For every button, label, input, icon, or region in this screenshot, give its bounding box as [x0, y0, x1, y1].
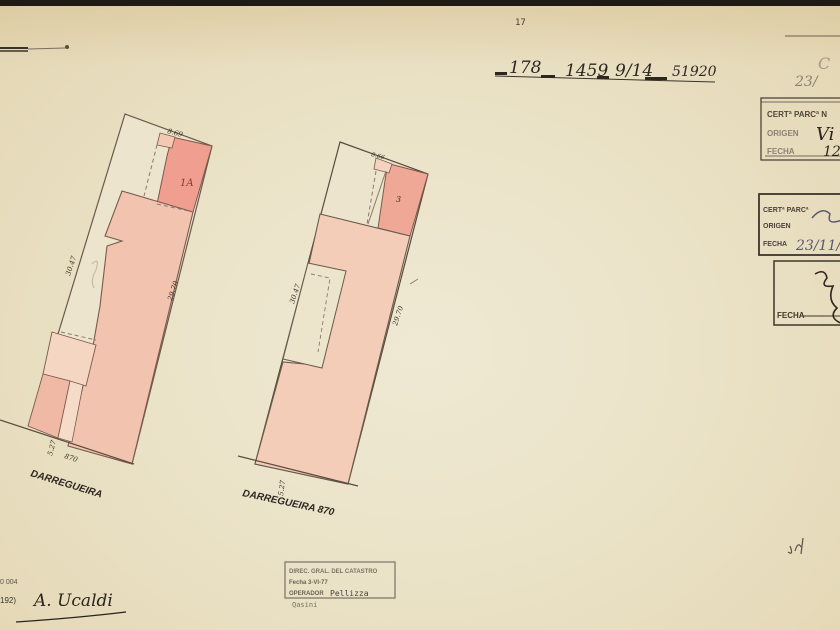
plan-right-street-dim: 5.27 — [277, 479, 287, 496]
header-field-3: 9/14 — [615, 61, 653, 81]
margin-code: 0 004 — [0, 579, 18, 586]
cert-parc-origin: Vi — [816, 124, 834, 145]
handwriting-stroke — [812, 211, 840, 222]
pencil-mark — [788, 538, 803, 554]
north-arrow-icon — [0, 45, 69, 51]
catastro-operator-name: Pellizza — [330, 589, 369, 598]
signature: A. Ucaldi — [32, 591, 113, 611]
plan-left-street-dim: 5.27 — [46, 439, 58, 457]
plan-right-street-name: DARREGUEIRA 870 — [241, 488, 335, 518]
cert-parc-line3: FECHA — [767, 147, 795, 156]
header-field-4: 51920 — [672, 64, 717, 80]
cert-parc-2-line2: ORIGEN — [763, 223, 791, 230]
cert-parc-2-line3: FECHA — [763, 241, 787, 248]
cert-parc-line2: ORIGEN — [767, 129, 799, 138]
catastro-line3: OPERADOR — [289, 591, 324, 597]
catastro-line1: DIREC. GRAL. DEL CATASTRO — [289, 569, 378, 575]
plan-left-street-name: DARREGUEIRA — [29, 468, 103, 500]
catastro-line2: Fecha 3-VI-77 — [289, 580, 328, 586]
plan-left-street-number: 870 — [63, 452, 79, 464]
scanned-document-page: 17 — [0, 6, 840, 630]
fecha-stamp-label: FECHA — [777, 311, 805, 320]
cert-parc-date: 12 — [823, 144, 840, 160]
plan-left — [0, 114, 212, 464]
signature-underline — [16, 612, 126, 622]
catastro-below-note: Qasini — [292, 601, 317, 609]
header-field-2: 1459 — [565, 61, 608, 81]
cert-parc-line1: CERTª PARCª N — [767, 110, 827, 119]
header-field-1: 178 — [509, 58, 541, 78]
cert-parc-top-glyph: C — [818, 54, 830, 73]
plan-right-unit-label: 3 — [396, 195, 401, 204]
cert-parc-top-note: 23/ — [794, 74, 819, 90]
plan-left-unit-label: 1A — [180, 178, 194, 189]
cert-parc-2-date: 23/11/ — [795, 238, 840, 254]
margin-year: 192) — [0, 596, 16, 605]
cert-parc-2-line1: CERTª PARCª — [763, 207, 809, 214]
plan-drawing: 1A 8.69 30.47 29.70 5.27 870 DARREGUEIRA… — [0, 6, 840, 630]
